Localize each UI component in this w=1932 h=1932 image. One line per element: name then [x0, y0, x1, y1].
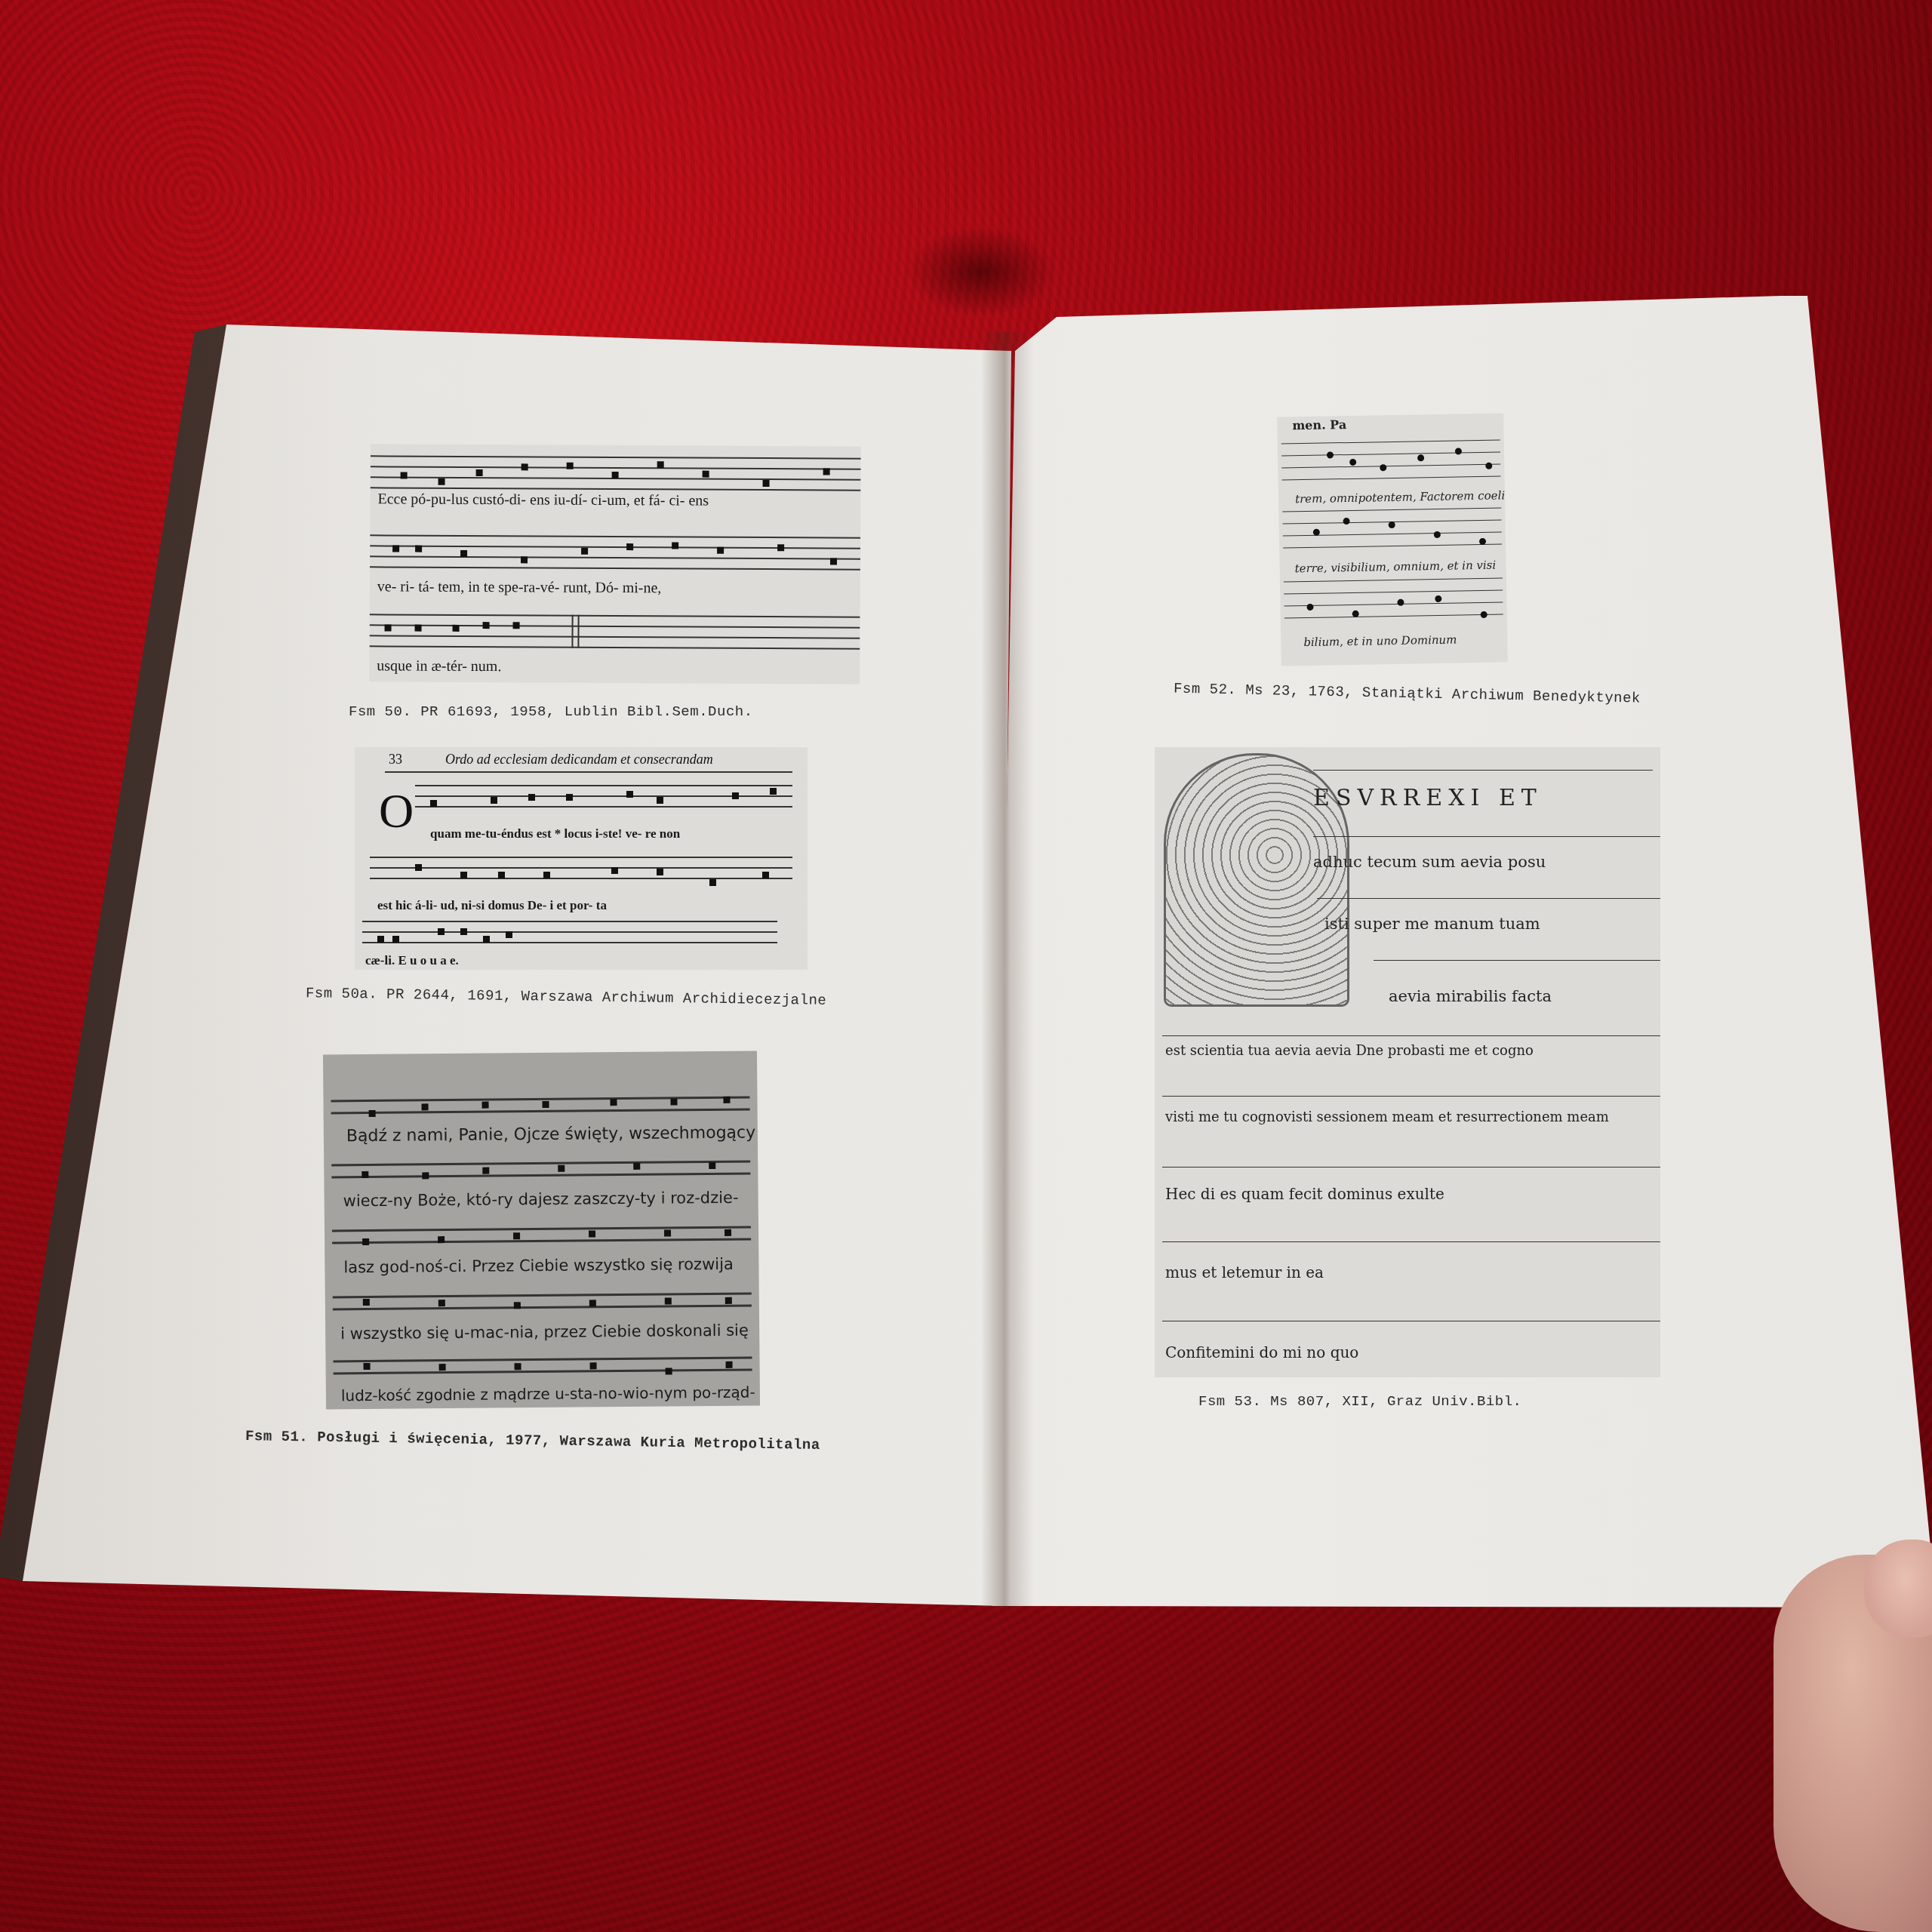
fabric-shadow	[906, 226, 1057, 317]
figure-fsm50: Ecce pó-pu-lus custó-di- ens iu-dí- ci-u…	[369, 444, 861, 684]
lyrics-line: bilium, et in uno Dominum	[1303, 633, 1457, 650]
lyrics-line: est hic á-li- ud, ni-si domus De- i et p…	[377, 898, 800, 913]
staff	[333, 1357, 752, 1383]
staff	[1281, 439, 1501, 488]
figure-title: Ordo ad ecclesiam dedicandam et consecra…	[445, 752, 713, 768]
lyrics-line: cæ-li. E u o u a e.	[365, 953, 800, 968]
manuscript-line: isti super me manum tuam	[1324, 915, 1540, 933]
figure-fsm53: R ESVRREXI ET adhuc tecum sum aevia posu…	[1155, 747, 1660, 1377]
staff	[1282, 507, 1502, 556]
manuscript-line: Confitemini do mi no quo	[1165, 1343, 1358, 1361]
lyrics-line: men. Pa	[1292, 417, 1346, 432]
figure-fsm51: Bądź z nami, Panie, Ojcze święty, wszech…	[323, 1051, 760, 1410]
staff	[370, 534, 860, 578]
lyrics-line: terre, visibilium, omnium, et in visi	[1294, 558, 1496, 576]
lyrics-line: quam me-tu-éndus est * locus i-ste! ve- …	[430, 826, 800, 841]
lyrics-line: Bądź z nami, Panie, Ojcze święty, wszech…	[346, 1124, 750, 1146]
lyrics-line: trem, omnipotentem, Factorem coeli	[1295, 488, 1505, 506]
figure-fsm52: men. Pa trem, omnipotentem, Factorem coe…	[1277, 413, 1508, 666]
lyrics-line: lasz god-noś-ci. Przez Ciebie wszystko s…	[343, 1255, 751, 1277]
lyrics-line: ludz-kość zgodnie z mądrze u-sta-no-wio-…	[341, 1383, 752, 1405]
staff	[362, 921, 777, 955]
figure-number: 33	[389, 752, 402, 768]
staff	[333, 1293, 752, 1319]
manuscript-line: aevia mirabilis facta	[1389, 987, 1552, 1005]
manuscript-line: adhuc tecum sum aevia posu	[1313, 853, 1546, 871]
caption-fsm50: Fsm 50. PR 61693, 1958, Lublin Bibl.Sem.…	[349, 703, 753, 720]
staff	[332, 1226, 751, 1253]
book-gutter	[981, 332, 1034, 1607]
lyrics-line: ve- ri- tá- tem, in te spe-ra-vé- runt, …	[377, 578, 853, 598]
staff	[369, 614, 860, 654]
staff	[1284, 577, 1503, 626]
manuscript-line: est scientia tua aevia aevia Dne probast…	[1165, 1043, 1534, 1059]
staff	[331, 1161, 750, 1187]
manuscript-line: mus et letemur in ea	[1165, 1263, 1324, 1281]
staff	[415, 785, 792, 819]
manuscript-line: visti me tu cognovisti sessionem meam et…	[1165, 1109, 1609, 1125]
manuscript-line: Hec di es quam fecit dominus exulte	[1165, 1185, 1444, 1203]
manuscript-line: ESVRREXI ET	[1313, 785, 1543, 811]
figure-fsm50a: 33 Ordo ad ecclesiam dedicandam et conse…	[355, 747, 808, 970]
staff	[370, 857, 792, 891]
drop-initial: O	[379, 783, 414, 839]
lyrics-line: wiecz-ny Boże, któ-ry dajesz zaszczy-ty …	[343, 1189, 751, 1211]
lyrics-line: usque in æ-tér- num.	[377, 657, 852, 677]
lyrics-line: Ecce pó-pu-lus custó-di- ens iu-dí- ci-u…	[377, 491, 853, 510]
staff	[331, 1097, 749, 1123]
caption-fsm53: Fsm 53. Ms 807, XII, Graz Univ.Bibl.	[1198, 1393, 1521, 1410]
lyrics-line: i wszystko się u-mac-nia, przez Ciebie d…	[340, 1321, 752, 1343]
